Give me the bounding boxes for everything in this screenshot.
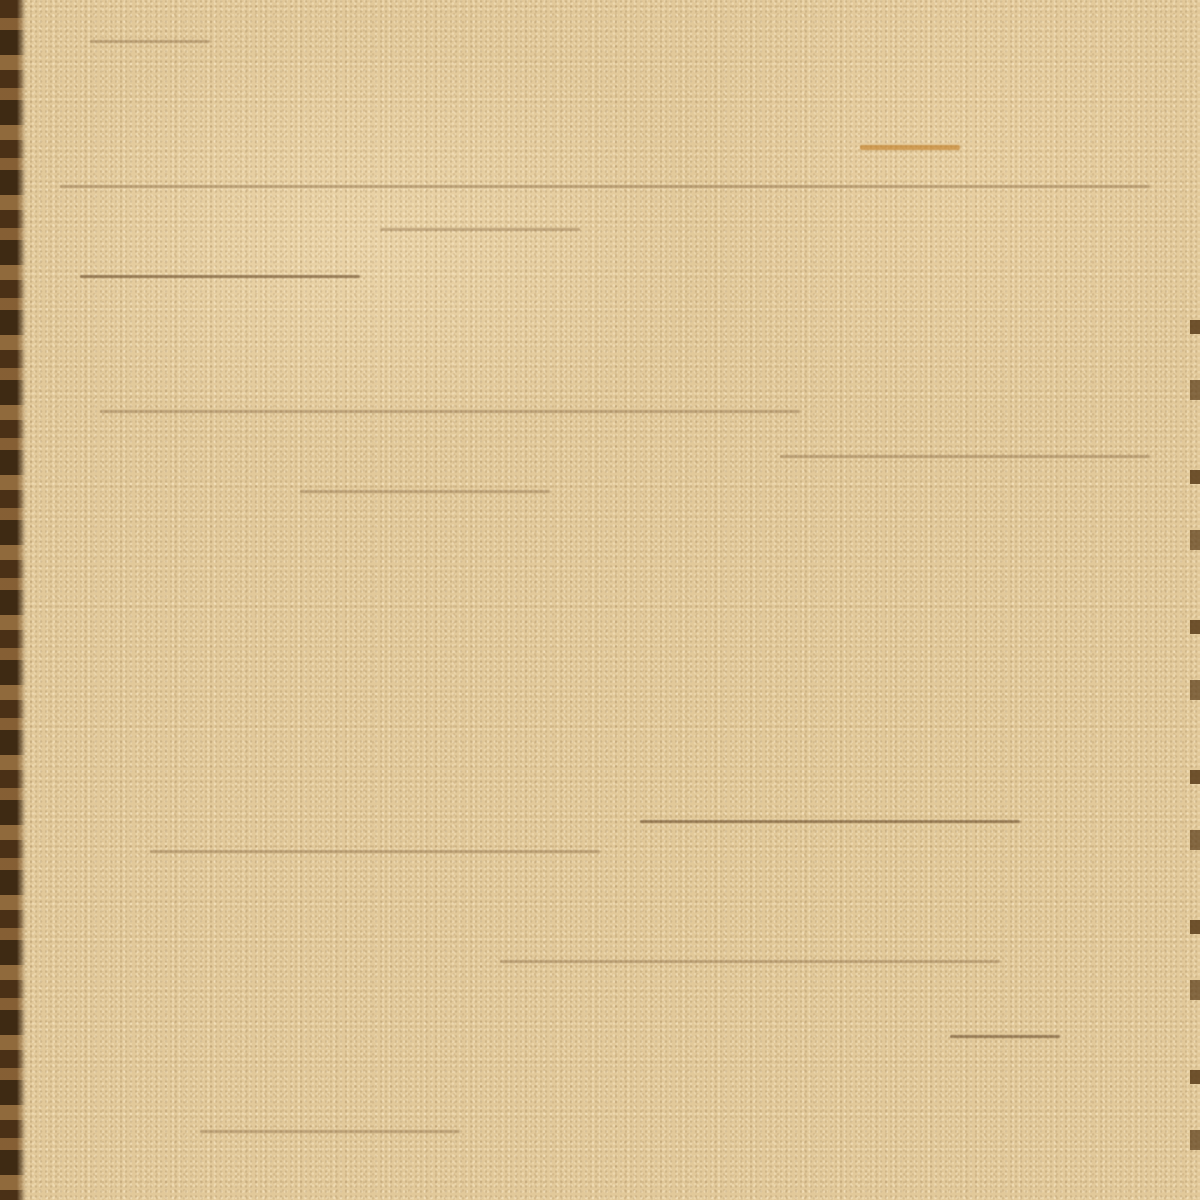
fiber-streak — [780, 455, 1150, 458]
fiber-streak — [150, 850, 600, 853]
fiber-streak — [500, 960, 1000, 963]
fiber-streak — [860, 145, 960, 150]
fiber-streak — [80, 275, 360, 278]
fiber-streak — [300, 490, 550, 493]
fiber-streak — [90, 40, 210, 43]
fiber-streak — [100, 410, 800, 413]
fiber-streak — [640, 820, 1020, 823]
fiber-streak — [200, 1130, 460, 1133]
rug-border-left — [0, 0, 26, 1200]
pile-texture — [0, 0, 1200, 1200]
fiber-streak — [60, 185, 1150, 188]
fiber-streak — [380, 228, 580, 231]
fiber-streak — [950, 1035, 1060, 1038]
rug-photo — [0, 0, 1200, 1200]
rug-border-right — [1190, 320, 1200, 1200]
